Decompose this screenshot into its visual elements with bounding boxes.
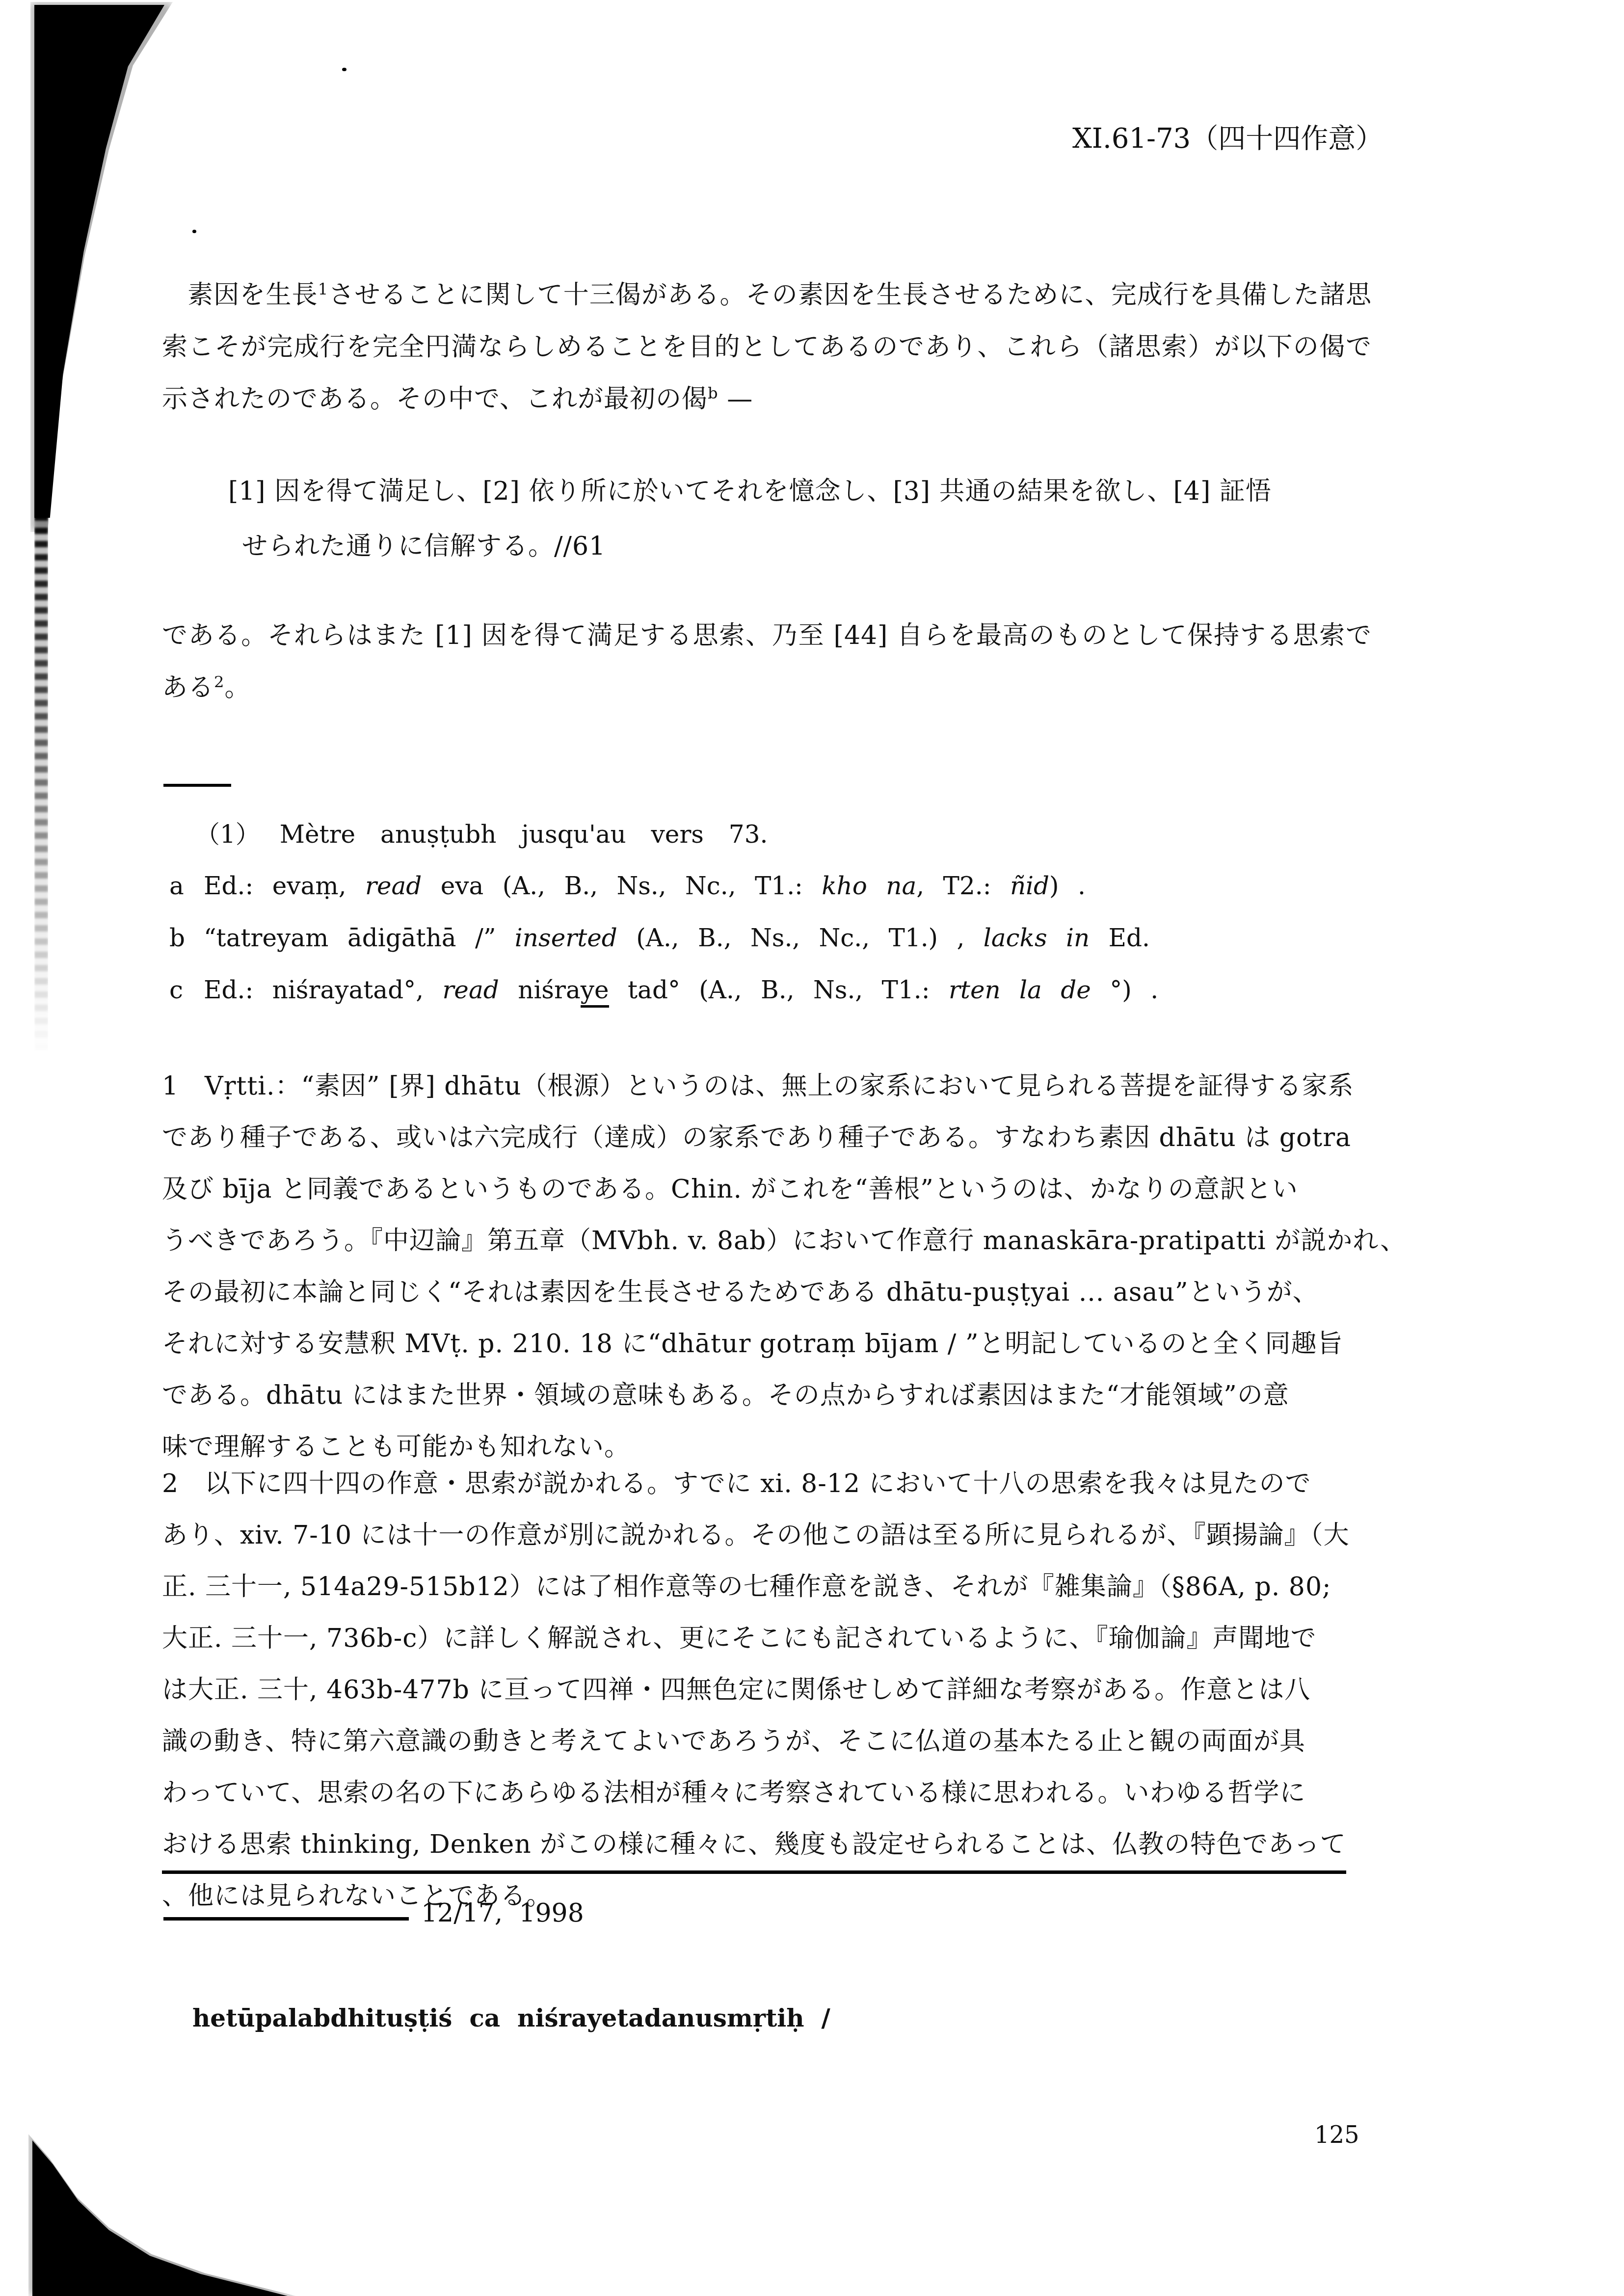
footnote-2-line: あり、xiv. 7-10 には十一の作意が別に説かれる。その他この語は至る所に見… bbox=[162, 1509, 1374, 1561]
footnote-2-line: 大正. 三十一, 736b-c）に詳しく解説され、更にそこにも記されているように… bbox=[162, 1612, 1374, 1664]
footnote-2-line: わっていて、思索の名の下にあらゆる法相が種々に考察されている様に思われる。いわゆ… bbox=[162, 1767, 1374, 1818]
footnote-ref-1: 1 bbox=[318, 280, 329, 298]
apparatus-c-italic: read bbox=[442, 976, 499, 1004]
apparatus-b-text: Ed. bbox=[1090, 924, 1150, 952]
apparatus-a-text: eva (A., B., Ns., Nc., T1.: bbox=[422, 872, 822, 900]
apparatus-entry-a: aEd.: evaṃ, read eva (A., B., Ns., Nc., … bbox=[169, 872, 1086, 900]
apparatus-metre: （1）Mètre anuṣṭubh jusqu'au vers 73. bbox=[195, 815, 768, 850]
apparatus-entry-c: cEd.: niśrayatad°, read niśraye tad° (A.… bbox=[169, 976, 1158, 1004]
paragraph-2: である。それらはまた [1] 因を得て満足する思索、乃至 [44] 自らを最高の… bbox=[162, 610, 1372, 714]
date-text: 12/17, 1998 bbox=[421, 1898, 584, 1928]
apparatus-a-marker: a bbox=[169, 872, 204, 900]
apparatus-a-italic: ñid bbox=[1010, 872, 1049, 900]
footnote-1: 1 Vṛtti.：“素因” [界] dhātu（根源）というのは、無上の家系にお… bbox=[162, 1060, 1374, 1472]
scan-noise-left-strip bbox=[34, 514, 48, 1054]
apparatus-a-italic: kho na bbox=[822, 872, 916, 900]
paragraph-1-text: 素因を生長 bbox=[187, 280, 318, 310]
apparatus-c-text: Ed.: niśrayatad°, bbox=[204, 976, 442, 1004]
apparatus-metre-text: Mètre anuṣṭubh jusqu'au vers 73. bbox=[280, 820, 768, 849]
apparatus-b-text: (A., B., Ns., Nc., T1.) , bbox=[617, 924, 984, 952]
apparatus-b-marker: b bbox=[169, 924, 204, 952]
scan-smudge-top-left bbox=[34, 5, 164, 518]
footnote-2-underlined-text: おける思索 thinking, Denken がこの様に種々に、幾度も設定せられ… bbox=[162, 1822, 1346, 1874]
apparatus-c-underlined: ye bbox=[581, 976, 609, 1008]
footnote-1-line: それに対する安慧釈 MVṭ. p. 210. 18 に“dhātur gotra… bbox=[162, 1318, 1374, 1369]
footnote-2-line: 、他には見られないことである。 bbox=[162, 1870, 1374, 1922]
footnote-2-line: 識の動き、特に第六意識の動きと考えてよいであろうが、そこに仏道の基本たる止と観の… bbox=[162, 1715, 1374, 1767]
scan-speck bbox=[342, 68, 346, 71]
scan-speck bbox=[192, 230, 196, 233]
apparatus-c-text: °) . bbox=[1091, 976, 1158, 1004]
verse-61-line-1: [1] 因を得て満足し、[2] 依り所に於いてそれを憶念し、[3] 共通の結果を… bbox=[228, 465, 1372, 520]
footnote-1-line: である。dhātu にはまた世界・領域の意味もある。その点からすれば素因はまた“… bbox=[162, 1369, 1374, 1421]
footnote-2-line-underlined: おける思索 thinking, Denken がこの様に種々に、幾度も設定せられ… bbox=[162, 1818, 1374, 1870]
verse-61: [1] 因を得て満足し、[2] 依り所に於いてそれを憶念し、[3] 共通の結果を… bbox=[228, 465, 1372, 572]
apparatus-a-italic: read bbox=[365, 872, 422, 900]
variant-ref-b: b bbox=[708, 384, 719, 402]
verse-61-line-2: せられた通りに信解する。//61 bbox=[228, 520, 1372, 572]
paragraph-2-text: 。 bbox=[225, 673, 251, 702]
footnote-1-line: 1 Vṛtti.：“素因” [界] dhātu（根源）というのは、無上の家系にお… bbox=[162, 1060, 1374, 1112]
date-rule bbox=[163, 1917, 409, 1921]
apparatus-entry-b: b“tatreyam ādigāthā /” inserted (A., B.,… bbox=[169, 924, 1150, 952]
scan-smudge-bottom-left bbox=[32, 2113, 288, 2296]
scanned-document-page: XI.61-73（四十四作意） 素因を生長1させることに関して十三偈がある。その… bbox=[0, 0, 1624, 2296]
footnote-1-line: うべきであろう。『中辺論』第五章（MVbh. v. 8ab）において作意行 ma… bbox=[162, 1215, 1374, 1266]
footnote-separator-rule bbox=[163, 784, 231, 787]
apparatus-c-marker: c bbox=[169, 976, 204, 1004]
paragraph-1-text: — bbox=[719, 384, 753, 414]
apparatus-c-italic: rten la de bbox=[949, 976, 1091, 1004]
footnote-2-line: 正. 三十一, 514a29-515b12）には了相作意等の七種作意を説き、それ… bbox=[162, 1561, 1374, 1612]
footnote-1-line: であり種子である、或いは六完成行（達成）の家系であり種子である。すなわち素因 d… bbox=[162, 1112, 1374, 1163]
apparatus-b-italic: lacks in bbox=[984, 924, 1090, 952]
footnote-1-line: 及び bīja と同義であるというものである。Chin. がこれを“善根”という… bbox=[162, 1163, 1374, 1215]
paragraph-2-text: である。それらはまた [1] 因を得て満足する思索、乃至 [44] 自らを最高の… bbox=[162, 621, 1372, 702]
footnote-2: 2 以下に四十四の作意・思索が説かれる。すでに xi. 8-12 において十八の… bbox=[162, 1458, 1374, 1922]
footnote-2-line: は大正. 三十, 463b-477b に亘って四禅・四無色定に関係せしめて詳細な… bbox=[162, 1664, 1374, 1715]
sanskrit-quote: hetūpalabdhituṣṭiś ca niśrayetadanusmṛti… bbox=[192, 2003, 830, 2032]
apparatus-b-italic: inserted bbox=[515, 924, 617, 952]
apparatus-c-text: tad° (A., B., Ns., T1.: bbox=[609, 976, 949, 1004]
footnote-1-line: その最初に本論と同じく“それは素因を生長させるためである dhātu-puṣṭy… bbox=[162, 1266, 1374, 1318]
footnote-2-line: 2 以下に四十四の作意・思索が説かれる。すでに xi. 8-12 において十八の… bbox=[162, 1458, 1374, 1509]
apparatus-metre-marker: （1） bbox=[195, 820, 260, 849]
apparatus-c-text: niśra bbox=[499, 976, 581, 1004]
apparatus-a-text: Ed.: evaṃ, bbox=[204, 872, 365, 900]
apparatus-a-text: ) . bbox=[1049, 872, 1086, 900]
apparatus-a-text: , T2.: bbox=[916, 872, 1010, 900]
apparatus-b-text: “tatreyam ādigāthā /” bbox=[204, 924, 515, 952]
page-header: XI.61-73（四十四作意） bbox=[1072, 117, 1383, 156]
footnote-ref-2: 2 bbox=[214, 672, 225, 691]
page-number: 125 bbox=[1314, 2121, 1359, 2149]
paragraph-1-text: させることに関して十三偈がある。その素因を生長させるために、完成行を具備した諸思… bbox=[162, 280, 1372, 414]
paragraph-1: 素因を生長1させることに関して十三偈がある。その素因を生長させるために、完成行を… bbox=[162, 269, 1372, 425]
